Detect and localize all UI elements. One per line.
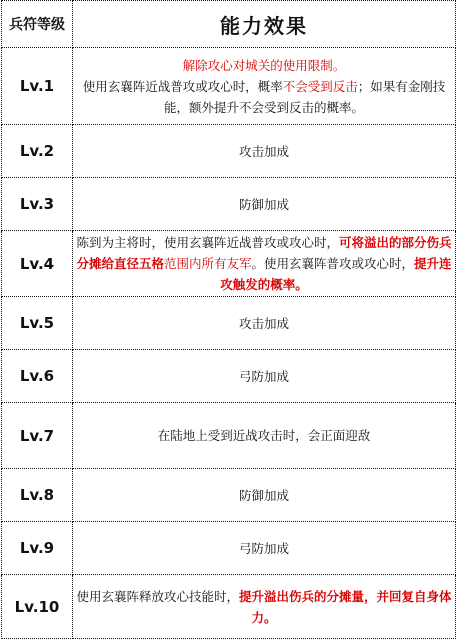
level-cell: Lv.5: [2, 297, 73, 350]
effect-text: 使用玄襄阵近战普攻或攻心时，概率: [83, 79, 283, 94]
table-row: Lv.8防御加成: [2, 469, 456, 522]
effect-highlight-text: 不会受到反击: [283, 79, 358, 94]
table-body: Lv.1解除攻心对城关的使用限制。使用玄襄阵近战普攻或攻心时，概率不会受到反击；…: [2, 48, 456, 639]
effect-text: 防御加成: [239, 197, 289, 212]
effect-cell: 在陆地上受到近战攻击时，会正面迎敌: [73, 403, 456, 469]
effect-text: 攻击加成: [239, 316, 289, 331]
effect-cell: 陈到为主将时，使用玄襄阵近战普攻或攻心时，可将溢出的部分伤兵分摊给直径五格范围内…: [73, 231, 456, 297]
level-cell: Lv.9: [2, 522, 73, 575]
level-cell: Lv.4: [2, 231, 73, 297]
effect-cell: 弓防加成: [73, 350, 456, 403]
effect-highlight-text: 范围内所有友军: [164, 256, 252, 271]
effect-text: 在陆地上受到近战攻击时，会正面迎敌: [158, 428, 371, 443]
level-cell: Lv.2: [2, 125, 73, 178]
level-cell: Lv.3: [2, 178, 73, 231]
effect-cell: 弓防加成: [73, 522, 456, 575]
effect-cell: 防御加成: [73, 178, 456, 231]
effect-text: 防御加成: [239, 488, 289, 503]
table-row: Lv.2攻击加成: [2, 125, 456, 178]
level-cell: Lv.1: [2, 48, 73, 125]
table-row: Lv.6弓防加成: [2, 350, 456, 403]
effect-text: 。使用玄襄阵普攻或攻心时，: [252, 256, 415, 271]
troop-talisman-level-table: 兵符等级 能力效果 Lv.1解除攻心对城关的使用限制。使用玄襄阵近战普攻或攻心时…: [1, 0, 456, 639]
level-cell: Lv.8: [2, 469, 73, 522]
level-cell: Lv.7: [2, 403, 73, 469]
level-cell: Lv.6: [2, 350, 73, 403]
table-row: Lv.7在陆地上受到近战攻击时，会正面迎敌: [2, 403, 456, 469]
table-row: Lv.4陈到为主将时，使用玄襄阵近战普攻或攻心时，可将溢出的部分伤兵分摊给直径五…: [2, 231, 456, 297]
effect-cell: 解除攻心对城关的使用限制。使用玄襄阵近战普攻或攻心时，概率不会受到反击；如果有金…: [73, 48, 456, 125]
effect-text: 弓防加成: [239, 541, 289, 556]
effect-highlight-text: 解除攻心对城关的使用限制。: [183, 58, 346, 73]
effect-cell: 攻击加成: [73, 297, 456, 350]
effect-text: 使用玄襄阵释放攻心技能时，: [76, 589, 239, 604]
table-row: Lv.10使用玄襄阵释放攻心技能时，提升溢出伤兵的分摊量，并回复自身体力。: [2, 575, 456, 639]
effect-highlight-text: 提升溢出伤兵的分摊量，并回复自身体力。: [239, 589, 452, 625]
effect-cell: 攻击加成: [73, 125, 456, 178]
effect-text: 攻击加成: [239, 144, 289, 159]
column-header-level: 兵符等级: [2, 1, 73, 48]
table-header-row: 兵符等级 能力效果: [2, 1, 456, 48]
effect-text: 弓防加成: [239, 369, 289, 384]
effect-text: 陈到为主将时，使用玄襄阵近战普攻或攻心时，: [76, 235, 339, 250]
effect-cell: 使用玄襄阵释放攻心技能时，提升溢出伤兵的分摊量，并回复自身体力。: [73, 575, 456, 639]
level-cell: Lv.10: [2, 575, 73, 639]
column-header-effect: 能力效果: [73, 1, 456, 48]
table-row: Lv.1解除攻心对城关的使用限制。使用玄襄阵近战普攻或攻心时，概率不会受到反击；…: [2, 48, 456, 125]
table-row: Lv.3防御加成: [2, 178, 456, 231]
table-row: Lv.5攻击加成: [2, 297, 456, 350]
effect-cell: 防御加成: [73, 469, 456, 522]
table-row: Lv.9弓防加成: [2, 522, 456, 575]
